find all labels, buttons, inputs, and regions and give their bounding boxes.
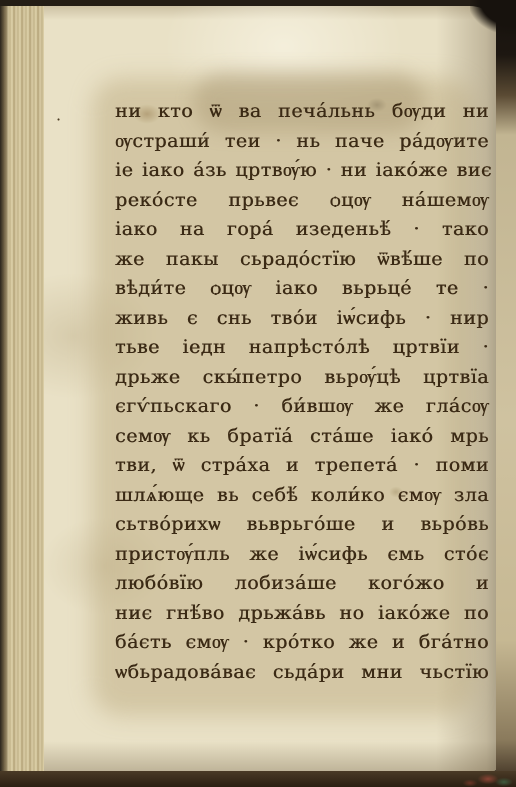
text-line: шлѧ́юще вь себѣ́ коли́ко ємѹ зла <box>115 481 489 511</box>
text-line: ба́єть ємѹ · кро́тко же и бга́тно <box>115 628 489 658</box>
text-line: семѹ кь братїа́ ста́ше іако́ мрь <box>115 422 489 452</box>
text-line: ѹстраши́ теи · нь паче ра́дѹите <box>115 127 489 157</box>
text-line: ѡбьрадова́ває сьда́ри мни чьстїю <box>115 658 489 688</box>
book-fore-edge <box>496 0 516 787</box>
text-line: єгѵ́пьскаго · би́вшѹ же гла́сѹ <box>115 392 489 422</box>
text-line: реко́сте прьвеє ѻцѹ на́шемѹ <box>115 186 489 216</box>
book-cover-edge <box>0 771 516 787</box>
margin-dot: · <box>56 110 61 129</box>
text-line: вѣди́те ѻцѹ іако вьрьце́ те · <box>115 274 489 304</box>
text-line: живь є снь тво́и іѡ́сифь · нир <box>115 304 489 334</box>
text-line: дрьже скы́петро вьрѹ́цѣ цртвїа <box>115 363 489 393</box>
manuscript-page: · ни кто ѿ ва печа́льнь бѹди ниѹстраши́ … <box>44 6 500 772</box>
text-line: пристѹ́пль же іѡ́сифь ємь сто́є <box>115 540 489 570</box>
text-line: тьве іедн напрѣсто́лѣ цртвїи · <box>115 333 489 363</box>
text-line: тви, ѿ стра́ха и трепета́ · поми <box>115 451 489 481</box>
book-photo: · ни кто ѿ ва печа́льнь бѹди ниѹстраши́ … <box>0 0 516 787</box>
background-corner <box>470 0 516 34</box>
text-line: іе іако а́зь цртвѹ́ю · ни іако́же виє <box>115 156 489 186</box>
text-line: ни кто ѿ ва печа́льнь бѹди ни <box>115 97 489 127</box>
text-line: іако на гора́ изеденьѣ́ · тако <box>115 215 489 245</box>
text-line: же пакы сьрадо́стїю ѿвѣ́ше по <box>115 245 489 275</box>
text-block: ни кто ѿ ва печа́льнь бѹди ниѹстраши́ те… <box>115 97 489 687</box>
text-line: сьтво́рихѡ вьврьго́ше и вьро́вь <box>115 510 489 540</box>
text-line: любо́вїю лобиза́ше кого́жо и <box>115 569 489 599</box>
text-line: ниє гнѣ́во дрьжа́вь но іако́же по <box>115 599 489 629</box>
